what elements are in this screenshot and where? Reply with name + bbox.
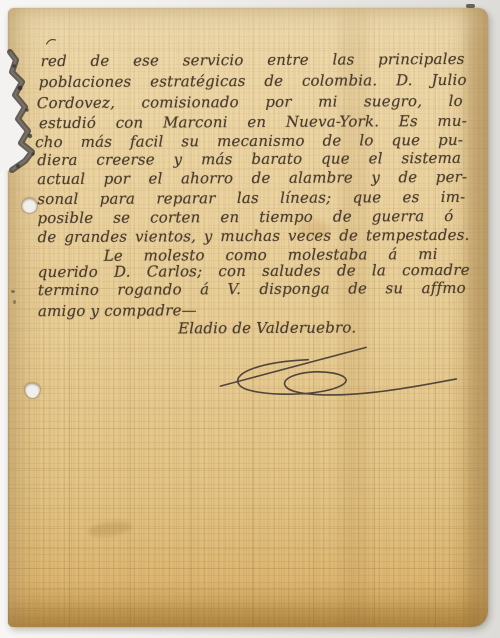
letter-page: red de ese servicio entre las principale… bbox=[8, 8, 488, 627]
letter-line: poblaciones estratégicas de colombia. D.… bbox=[39, 71, 467, 92]
signature-rubric-flourish bbox=[198, 333, 463, 404]
torn-edge bbox=[0, 48, 59, 188]
letter-line: sonal para reparar las líneas; que es im… bbox=[37, 188, 465, 209]
letter-line: posible se corten en tiempo de guerra ó bbox=[37, 207, 453, 228]
letter-line: estudió con Marconi en Nueva-York. Es mu… bbox=[39, 112, 467, 133]
letter-line: de grandes vientos, y muchas veces de te… bbox=[38, 226, 470, 247]
letter-line: Cordovez, comisionado por mi suegro, lo bbox=[37, 92, 463, 113]
punch-hole-top bbox=[22, 198, 37, 213]
edge-speck bbox=[11, 290, 15, 293]
letter-line: red de ese servicio entre las principale… bbox=[41, 50, 465, 71]
edge-speck bbox=[466, 4, 475, 8]
letter-line: termino rogando á V. disponga de su affm… bbox=[38, 279, 466, 300]
edge-speck bbox=[13, 300, 16, 304]
handwritten-text: red de ese servicio entre las principale… bbox=[6, 7, 489, 629]
letter-line: actual por el ahorro de alambre y de per… bbox=[37, 168, 467, 189]
letter-line: diera creerse y más barato que el sistem… bbox=[37, 149, 461, 170]
scan-background: red de ese servicio entre las principale… bbox=[0, 0, 500, 638]
stray-ink-mark bbox=[46, 37, 58, 47]
letter-line: amigo y compadre— bbox=[38, 301, 197, 321]
